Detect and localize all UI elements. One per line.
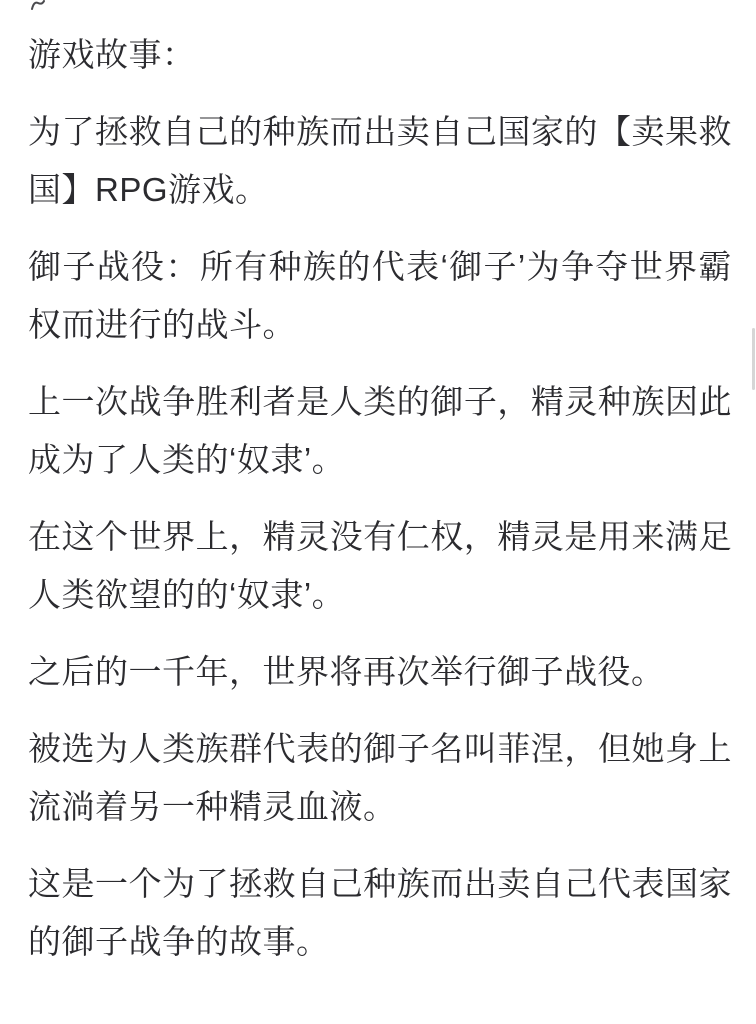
story-paragraph: 为了拯救自己的种族而出卖自己国家的【卖果救国】RPG游戏。 xyxy=(28,103,732,219)
story-paragraph: 这是一个为了拯救自己种族而出卖自己代表国家的御子战争的故事。 xyxy=(28,855,732,971)
story-paragraph: 上一次战争胜利者是人类的御子，精灵种族因此成为了人类的‘奴隶’。 xyxy=(28,373,732,489)
story-paragraph: 之后的一千年，世界将再次举行御子战役。 xyxy=(28,643,732,701)
scrollbar[interactable] xyxy=(752,328,755,390)
story-paragraph: 被选为人类族群代表的御子名叫菲涅，但她身上流淌着另一种精灵血液。 xyxy=(28,720,732,836)
story-paragraph: 在这个世界上，精灵没有仁权，精灵是用来满足人类欲望的的‘奴隶’。 xyxy=(28,508,732,624)
story-paragraph: 御子战役：所有种族的代表‘御子’为争夺世界霸权而进行的战斗。 xyxy=(28,238,732,354)
story-text: 游戏故事： 为了拯救自己的种族而出卖自己国家的【卖果救国】RPG游戏。 御子战役… xyxy=(28,26,732,990)
cropped-glyph-artifact xyxy=(30,0,46,10)
page-title: 游戏故事： xyxy=(28,26,732,84)
